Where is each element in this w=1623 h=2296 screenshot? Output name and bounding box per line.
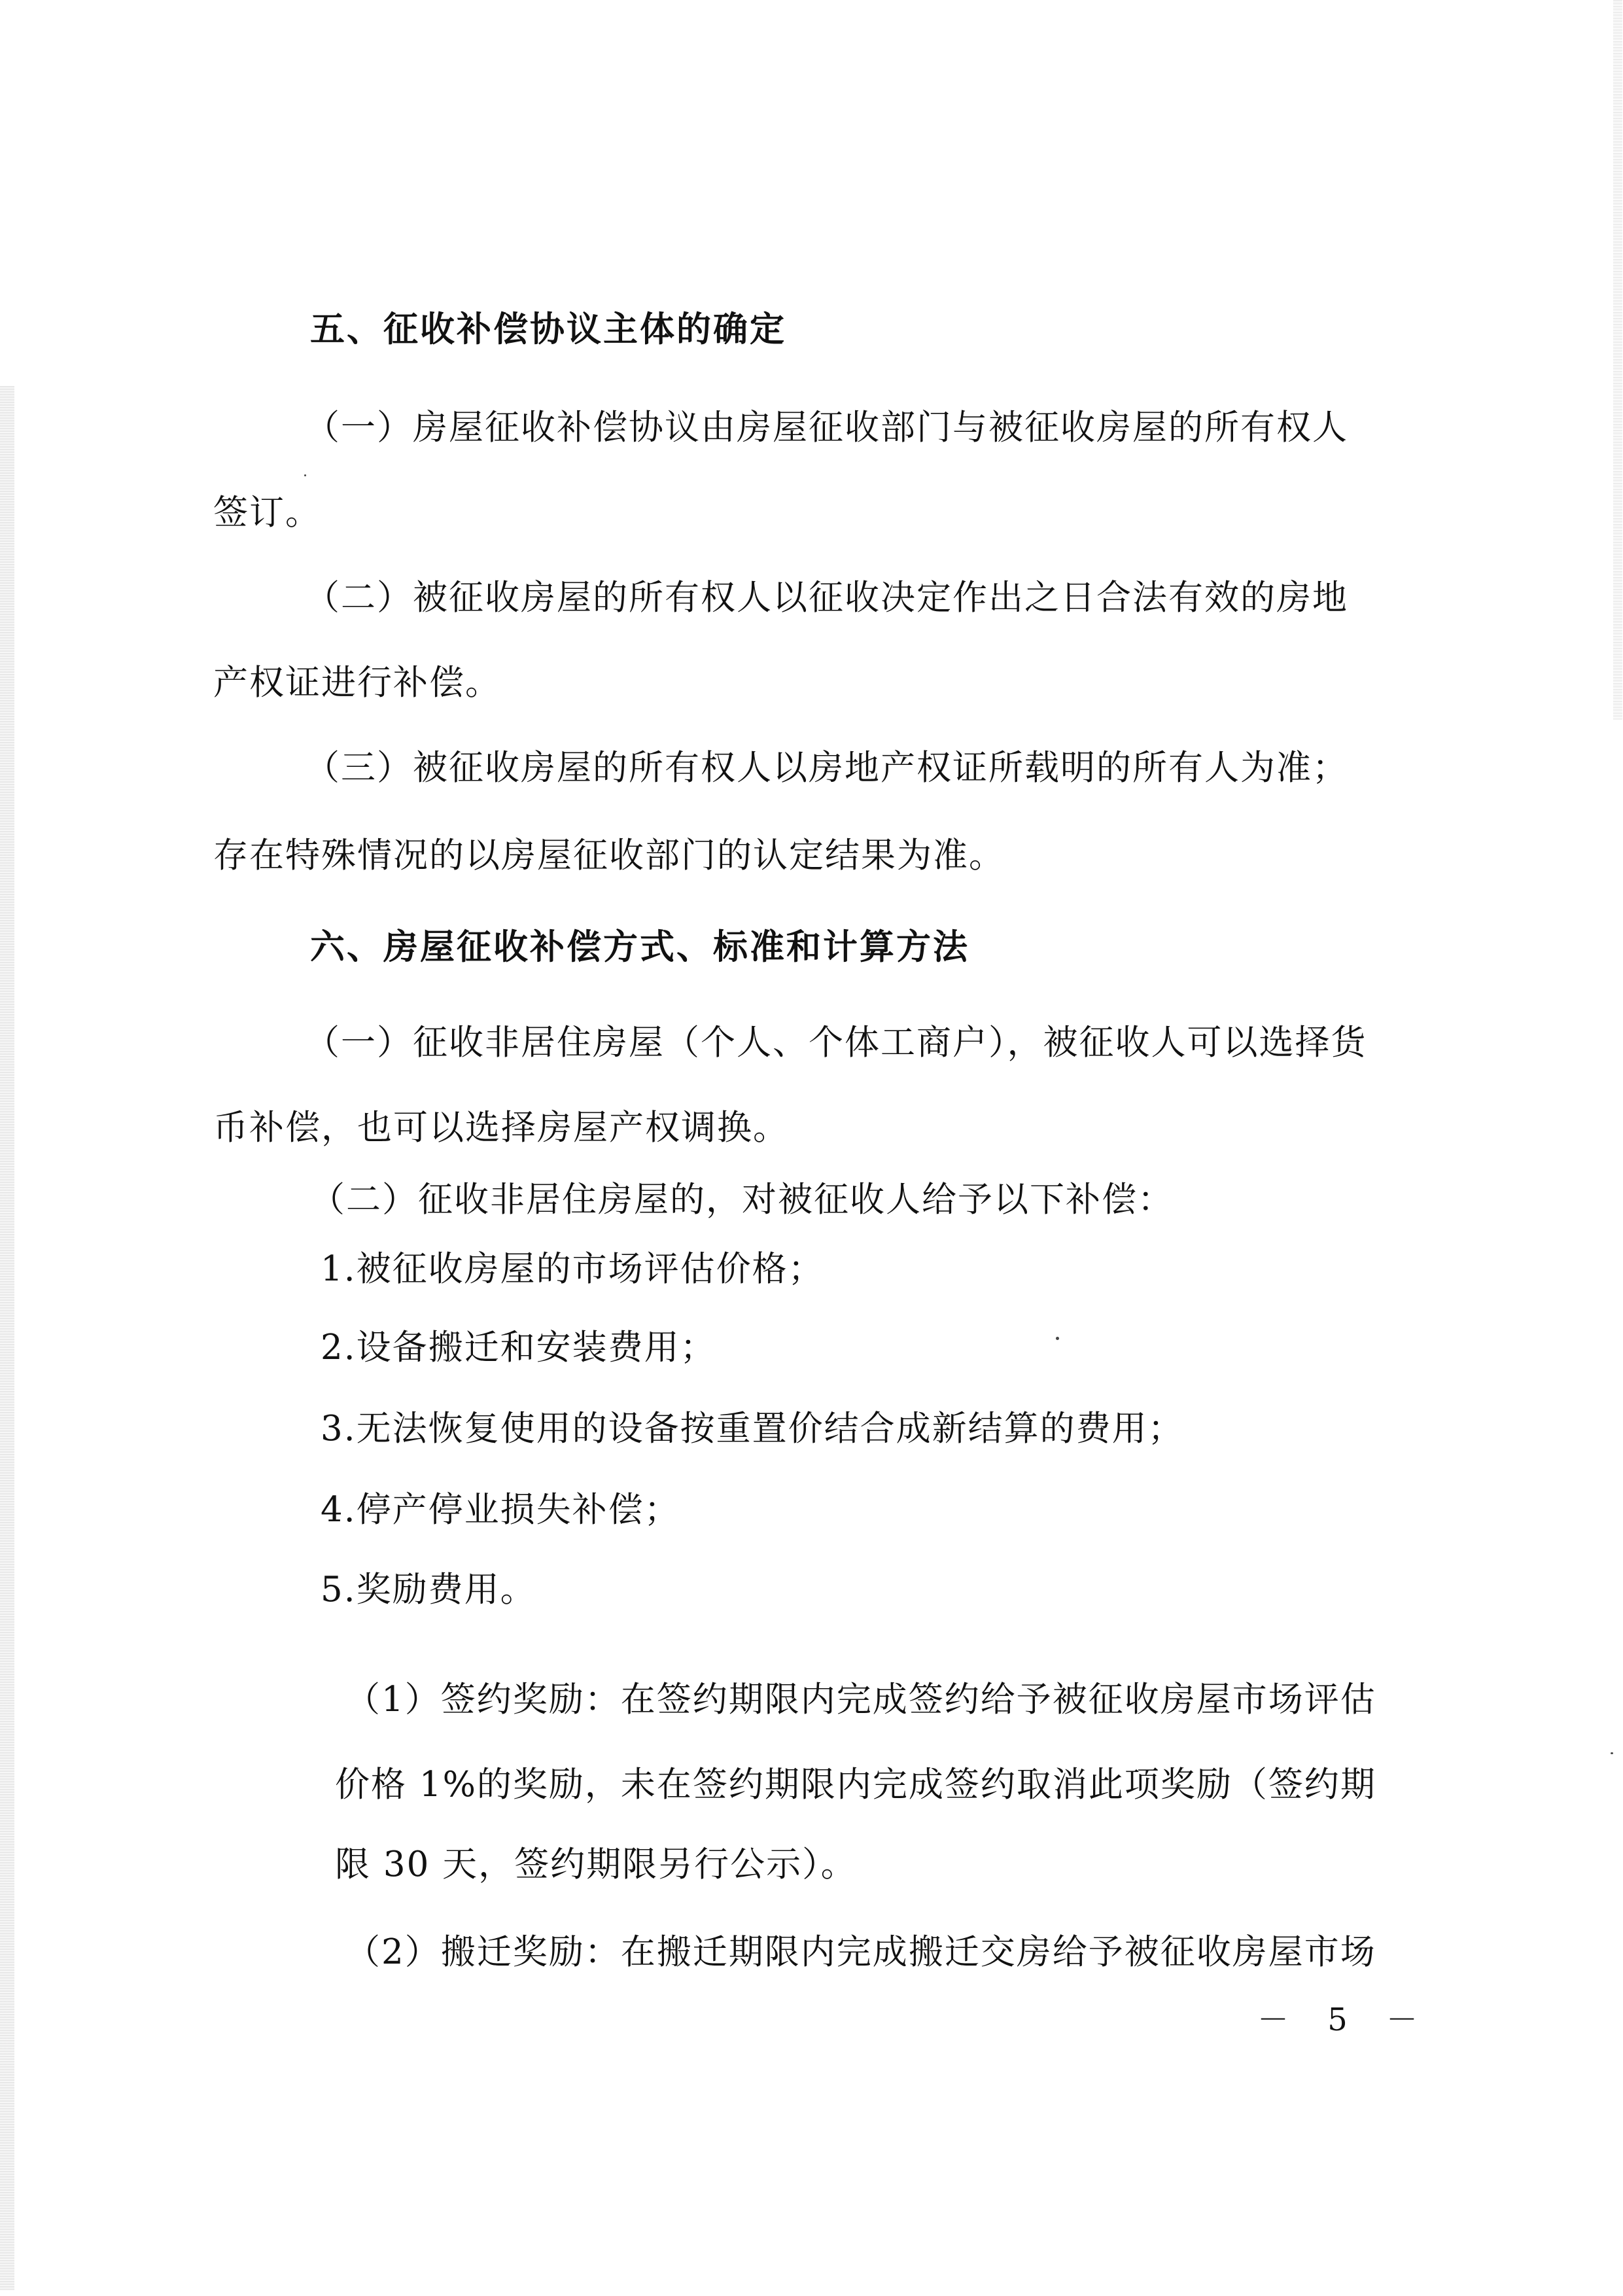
document-page: 五、征收补偿协议主体的确定 （一）房屋征收补偿协议由房屋征收部门与被征收房屋的所… — [0, 0, 1623, 2296]
scan-speck — [1056, 1337, 1059, 1340]
page-number: － 5 － — [1257, 1994, 1432, 2040]
list-item-5: 5.奖励费用。 — [321, 1569, 536, 1611]
section-heading-5: 五、征收补偿协议主体的确定 — [310, 309, 786, 351]
sub-item-line: 限 30 天，签约期限另行公示）。 — [335, 1844, 857, 1886]
paragraph-line: 产权证进行补偿。 — [213, 662, 501, 704]
list-item-3: 3.无法恢复使用的设备按重置价结合成新结算的费用； — [321, 1408, 1184, 1450]
sub-item-line: （2）搬迁奖励：在搬迁期限内完成搬迁交房给予被征收房屋市场 — [345, 1932, 1376, 1973]
list-item-1: 1.被征收房屋的市场评估价格； — [321, 1248, 824, 1290]
paragraph-line: 签订。 — [213, 492, 321, 534]
scan-speck — [304, 474, 306, 476]
scan-noise-right-edge — [1613, 0, 1622, 720]
section-heading-6: 六、房屋征收补偿方式、标准和计算方法 — [310, 927, 969, 968]
paragraph-line: （二）征收非居住房屋的，对被征收人给予以下补偿： — [310, 1179, 1174, 1221]
sub-item-line: （1）签约奖励：在签约期限内完成签约给予被征收房屋市场评估 — [345, 1679, 1376, 1721]
paragraph-line: 币补偿，也可以选择房屋产权调换。 — [213, 1107, 789, 1149]
paragraph-line: （一）房屋征收补偿协议由房屋征收部门与被征收房屋的所有权人 — [305, 407, 1348, 449]
list-item-4: 4.停产停业损失补偿； — [321, 1489, 680, 1531]
scan-noise-left-edge — [0, 386, 14, 2290]
paragraph-line: （一）征收非居住房屋（个人、个体工商户），被征收人可以选择货 — [305, 1022, 1367, 1064]
list-item-2: 2.设备搬迁和安装费用； — [321, 1327, 716, 1369]
paragraph-line: 存在特殊情况的以房屋征收部门的认定结果为准。 — [213, 835, 1005, 877]
sub-item-line: 价格 1%的奖励，未在签约期限内完成签约取消此项奖励（签约期 — [335, 1764, 1376, 1806]
paragraph-line: （三）被征收房屋的所有权人以房地产权证所载明的所有人为准； — [305, 747, 1348, 789]
paragraph-line: （二）被征收房屋的所有权人以征收决定作出之日合法有效的房地 — [305, 577, 1348, 619]
scan-speck — [1611, 1752, 1613, 1754]
